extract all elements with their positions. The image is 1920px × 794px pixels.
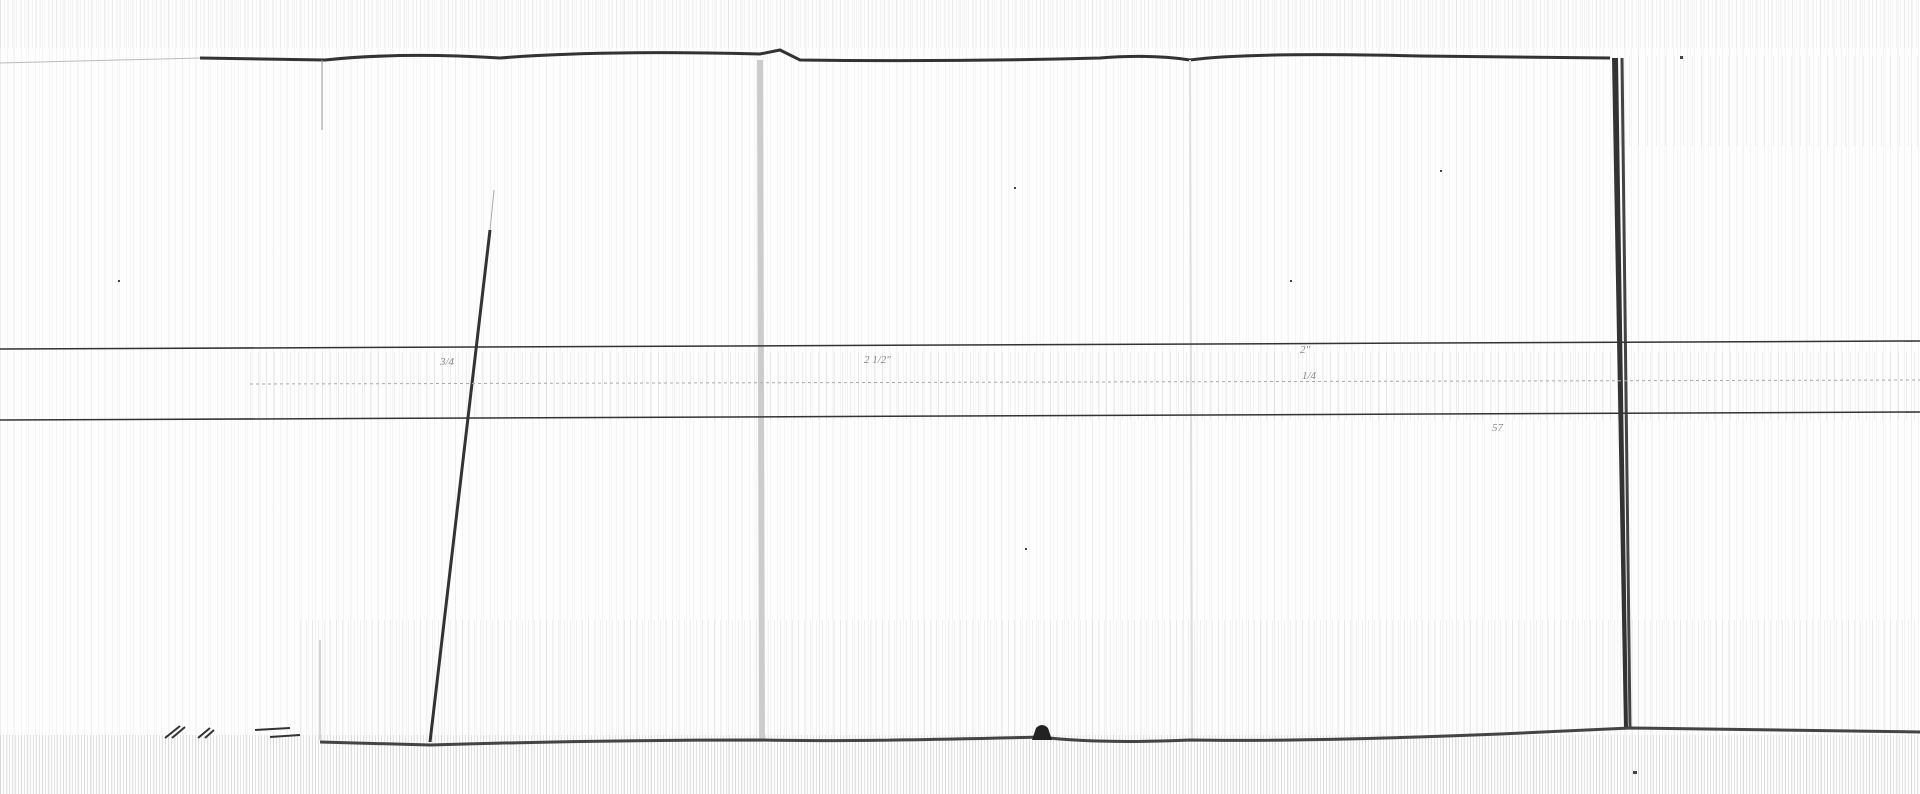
dimension-label-left: 3/4: [440, 356, 454, 368]
horizontal-line-upper: [0, 341, 1920, 349]
top-edge-line: [200, 50, 1610, 61]
dimension-label-center: 2 1/2": [864, 354, 891, 366]
dimension-label-right-low: 57: [1492, 422, 1503, 434]
hatch-marks: [165, 726, 300, 738]
arch-marker: [1032, 725, 1052, 740]
dimension-label-right-top: 2": [1300, 344, 1310, 356]
scan-speckles: [118, 56, 1683, 774]
horizontal-line-lower: [0, 412, 1920, 420]
dimension-label-right-mid: 1/4: [1302, 370, 1316, 382]
drawing-canvas: [0, 0, 1920, 794]
bottom-edge-line: [320, 728, 1920, 745]
slanted-left-edge: [430, 230, 490, 742]
